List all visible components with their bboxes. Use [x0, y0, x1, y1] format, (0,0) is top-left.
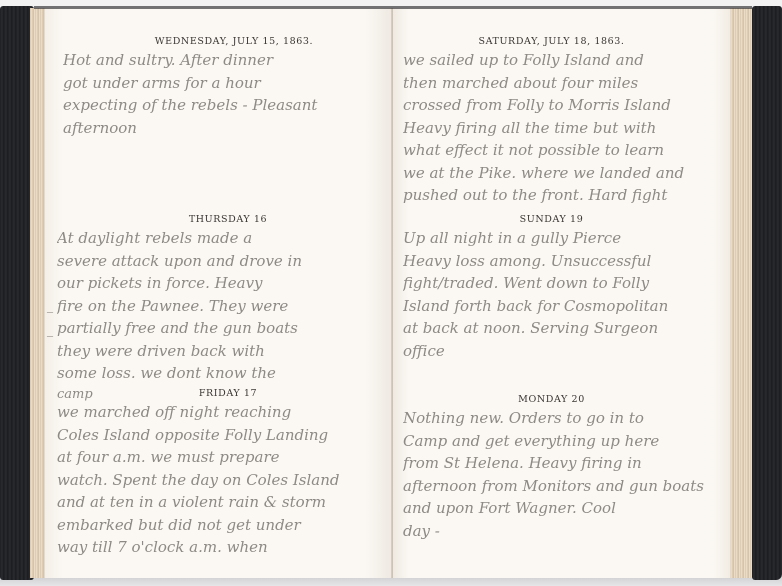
handwritten-line: Up all night in a gully Pierce [403, 227, 720, 250]
page-edges-right [730, 8, 752, 578]
handwritten-text: we marched off night reaching Coles Isla… [45, 401, 393, 559]
handwritten-line: expecting of the rebels - Pleasant [63, 94, 383, 117]
handwritten-line: pushed out to the front. Hard fight [403, 184, 720, 207]
date-heading: THURSDAY 16 [45, 214, 393, 225]
handwritten-line: Heavy firing all the time but with [403, 117, 720, 140]
handwritten-line: at four a.m. we must prepare [57, 446, 383, 469]
handwritten-line: Coles Island opposite Folly Landing [57, 424, 383, 447]
handwritten-line: day - [403, 520, 720, 543]
handwritten-line: they were driven back with [57, 340, 383, 363]
handwritten-line: we at the Pike. where we landed and [403, 162, 720, 185]
date-heading: MONDAY 20 [393, 394, 730, 405]
handwritten-line: fire on the Pawnee. They were [57, 295, 383, 318]
diary-entry-july-20: MONDAY 20 Nothing new. Orders to go in t… [393, 394, 730, 542]
handwritten-line: then marched about four miles [403, 72, 720, 95]
book-cover-right [752, 6, 782, 580]
handwritten-line: way till 7 o'clock a.m. when [57, 536, 383, 559]
handwritten-line: some loss. we dont know the [57, 362, 383, 385]
handwritten-line: at back at noon. Serving Surgeon [403, 317, 720, 340]
handwritten-line: Hot and sultry. After dinner [63, 49, 383, 72]
handwritten-text: At daylight rebels made a severe attack … [45, 227, 393, 385]
handwritten-line: office [403, 340, 720, 363]
handwritten-text: Hot and sultry. After dinner got under a… [45, 49, 393, 139]
handwritten-line: got under arms for a hour [63, 72, 383, 95]
handwritten-line: Heavy loss among. Unsuccessful [403, 250, 720, 273]
diary-entry-july-19: SUNDAY 19 Up all night in a gully Pierce… [393, 214, 730, 362]
handwritten-line: embarked but did not get under [57, 514, 383, 537]
handwritten-line: we marched off night reaching [57, 401, 383, 424]
handwritten-line: At daylight rebels made a [57, 227, 383, 250]
handwritten-line: partially free and the gun boats [57, 317, 383, 340]
book-top-edge-shadow [34, 6, 752, 9]
date-heading: WEDNESDAY, JULY 15, 1863. [45, 36, 393, 47]
handwritten-line: watch. Spent the day on Coles Island [57, 469, 383, 492]
handwritten-line: what effect it not possible to learn [403, 139, 720, 162]
handwritten-line: from St Helena. Heavy firing in [403, 452, 720, 475]
handwritten-text: Nothing new. Orders to go in to Camp and… [393, 407, 730, 542]
handwritten-text: Up all night in a gully Pierce Heavy los… [393, 227, 730, 362]
handwritten-line: afternoon [63, 117, 383, 140]
handwritten-line: and at ten in a violent rain & storm [57, 491, 383, 514]
margin-mark: – [47, 328, 53, 343]
diary-entry-july-17: camp FRIDAY 17 we marched off night reac… [45, 388, 393, 559]
handwritten-text: we sailed up to Folly Island and then ma… [393, 49, 730, 207]
diary-entry-july-18: SATURDAY, JULY 18, 1863. we sailed up to… [393, 36, 730, 207]
date-heading: SUNDAY 19 [393, 214, 730, 225]
handwritten-line: our pickets in force. Heavy [57, 272, 383, 295]
margin-mark: – [47, 304, 53, 319]
diary-page-left: WEDNESDAY, JULY 15, 1863. Hot and sultry… [44, 8, 393, 578]
handwritten-line: severe attack upon and drove in [57, 250, 383, 273]
handwritten-line: afternoon from Monitors and gun boats [403, 475, 720, 498]
handwritten-line: Nothing new. Orders to go in to [403, 407, 720, 430]
book-cover-left [0, 6, 34, 580]
diary-entry-july-15: WEDNESDAY, JULY 15, 1863. Hot and sultry… [45, 36, 393, 139]
handwritten-line: crossed from Folly to Morris Island [403, 94, 720, 117]
handwritten-line: we sailed up to Folly Island and [403, 49, 720, 72]
handwritten-line: fight/traded. Went down to Folly [403, 272, 720, 295]
date-heading: SATURDAY, JULY 18, 1863. [393, 36, 730, 47]
handwritten-line: and upon Fort Wagner. Cool [403, 497, 720, 520]
handwritten-line-carryover: camp [45, 384, 103, 407]
handwritten-line: Camp and get everything up here [403, 430, 720, 453]
diary-entry-july-16: THURSDAY 16 At daylight rebels made a se… [45, 214, 393, 385]
handwritten-line: Island forth back for Cosmopolitan [403, 295, 720, 318]
diary-page-right: SATURDAY, JULY 18, 1863. we sailed up to… [393, 8, 731, 578]
